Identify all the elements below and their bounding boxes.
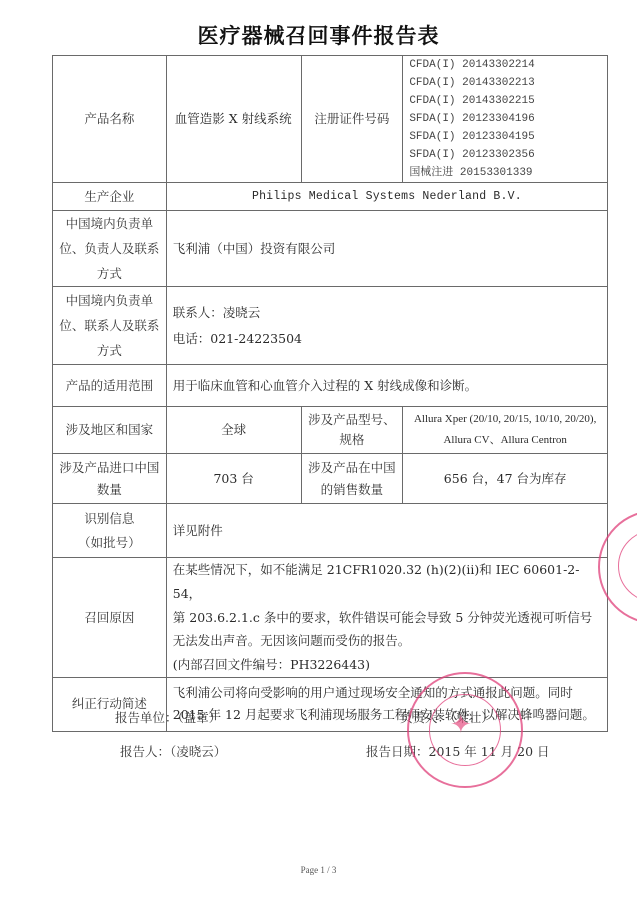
corrective-action-value: 飞利浦公司将向受影响的用户通过现场安全通知的方式通报此问题。同时 2015 年 …	[166, 677, 607, 731]
responsible-unit-label: 中国境内负责单位、负责人及联系方式	[53, 211, 167, 287]
scope-label: 产品的适用范围	[53, 365, 167, 407]
document-title: 医疗器械召回事件报告表	[0, 20, 637, 50]
sales-qty-label: 涉及产品在中国的销售数量	[301, 454, 403, 504]
import-qty-value: 703 台	[166, 454, 301, 504]
contact-label: 中国境内负责单位、联系人及联系方式	[53, 287, 167, 365]
registration-numbers: CFDA(I) 20143302214 CFDA(I) 20143302213 …	[403, 56, 608, 183]
registration-number: SFDA(I) 20123304196	[409, 110, 601, 128]
models-value: Allura Xper (20/10, 20/15, 10/10, 20/20)…	[403, 407, 608, 454]
row-quantity: 涉及产品进口中国数量 703 台 涉及产品在中国的销售数量 656 台，47 台…	[53, 454, 608, 504]
registration-number: CFDA(I) 20143302214	[409, 56, 601, 74]
id-info-value: 详见附件	[166, 504, 607, 558]
product-name-value: 血管造影 X 射线系统	[166, 56, 301, 183]
registration-label: 注册证件号码	[301, 56, 403, 183]
contact-value: 联系人：凌晓云 电话：021-24223504	[166, 287, 607, 365]
row-recall-reason: 召回原因 在某些情况下，如不能满足 21CFR1020.32 (h)(2)(ii…	[53, 558, 608, 678]
scope-value: 用于临床血管和心血管介入过程的 X 射线成像和诊断。	[166, 365, 607, 407]
row-id-info: 识别信息 （如批号） 详见附件	[53, 504, 608, 558]
responsible-unit-value: 飞利浦（中国）投资有限公司	[166, 211, 607, 287]
manufacturer-value: Philips Medical Systems Nederland B.V.	[166, 183, 607, 211]
contact-phone: 电话：021-24223504	[173, 326, 601, 352]
reporting-unit: 报告单位：（盖章）	[115, 708, 221, 726]
models-line-1: Allura Xper (20/10, 20/15, 10/10, 20/20)…	[409, 409, 601, 430]
reporter: 报告人：（凌晓云）	[120, 742, 226, 760]
registration-number: CFDA(I) 20143302213	[409, 74, 601, 92]
registration-number: CFDA(I) 20143302215	[409, 92, 601, 110]
registration-number: 国械注进 20153301339	[409, 164, 601, 182]
row-scope: 产品的适用范围 用于临床血管和心血管介入过程的 X 射线成像和诊断。	[53, 365, 608, 407]
region-label: 涉及地区和国家	[53, 407, 167, 454]
recall-reason-line: 第 203.6.2.1.c 条中的要求，软件错误可能会导致 5 分钟荧光透视可听…	[173, 606, 601, 630]
page-number: Page 1 / 3	[0, 865, 637, 875]
models-label: 涉及产品型号、规格	[301, 407, 403, 454]
registration-number: SFDA(I) 20123302356	[409, 146, 601, 164]
row-responsible-unit: 中国境内负责单位、负责人及联系方式 飞利浦（中国）投资有限公司	[53, 211, 608, 287]
models-line-2: Allura CV、Allura Centron	[409, 430, 601, 451]
region-value: 全球	[166, 407, 301, 454]
id-info-label: 识别信息 （如批号）	[53, 504, 167, 558]
row-product-name: 产品名称 血管造影 X 射线系统 注册证件号码 CFDA(I) 20143302…	[53, 56, 608, 183]
responsible-person: 负责人：（梁壮）	[400, 708, 494, 726]
recall-reason-value: 在某些情况下，如不能满足 21CFR1020.32 (h)(2)(ii)和 IE…	[166, 558, 607, 678]
corrective-action-line: 2015 年 12 月起要求飞利浦现场服务工程师安装软件，以解决蜂鸣器问题。	[173, 704, 601, 726]
import-qty-label: 涉及产品进口中国数量	[53, 454, 167, 504]
recall-reason-line: (内部召回文件编号：PH3226443)	[173, 653, 601, 677]
edge-seal-inner-ring	[618, 530, 637, 602]
id-info-label-line-2: （如批号）	[59, 531, 160, 555]
recall-reason-line: 无法发出声音。无因该问题而受伤的报告。	[173, 629, 601, 653]
report-date: 报告日期：2015 年 11 月 20 日	[366, 742, 550, 760]
contact-person: 联系人：凌晓云	[173, 300, 601, 326]
row-region: 涉及地区和国家 全球 涉及产品型号、规格 Allura Xper (20/10,…	[53, 407, 608, 454]
row-contact: 中国境内负责单位、联系人及联系方式 联系人：凌晓云 电话：021-2422350…	[53, 287, 608, 365]
registration-number: SFDA(I) 20123304195	[409, 128, 601, 146]
recall-reason-line: 在某些情况下，如不能满足 21CFR1020.32 (h)(2)(ii)和 IE…	[173, 558, 601, 606]
sales-qty-value: 656 台，47 台为库存	[403, 454, 608, 504]
row-manufacturer: 生产企业 Philips Medical Systems Nederland B…	[53, 183, 608, 211]
corrective-action-line: 飞利浦公司将向受影响的用户通过现场安全通知的方式通报此问题。同时	[173, 682, 601, 704]
product-name-label: 产品名称	[53, 56, 167, 183]
recall-reason-label: 召回原因	[53, 558, 167, 678]
id-info-label-line-1: 识别信息	[59, 507, 160, 531]
manufacturer-label: 生产企业	[53, 183, 167, 211]
recall-report-table: 产品名称 血管造影 X 射线系统 注册证件号码 CFDA(I) 20143302…	[52, 55, 608, 732]
